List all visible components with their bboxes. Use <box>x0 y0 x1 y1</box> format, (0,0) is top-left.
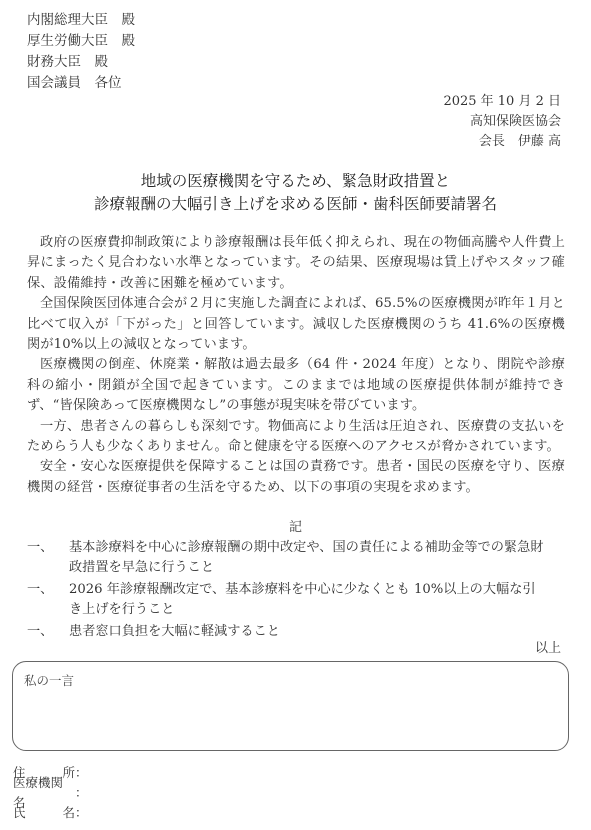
colon: ： <box>75 783 85 803</box>
item-text: 基本診療料を中心に診療報酬の期中改定や、国の責任による補助金等での緊急財政措置を… <box>69 538 567 579</box>
addressee-diet-members: 国会議員 各位 <box>27 73 135 94</box>
item-text: 患者窓口負担を大幅に軽減すること <box>69 622 567 642</box>
body-paragraph: 安全・安心な医療提供を保障することは国の責務です。患者・国民の医療を守り、医療機… <box>27 457 565 498</box>
body-paragraph: 全国保険医団体連合会が２月に実施した調査によれば、65.5%の医療機関が昨年１月… <box>27 294 565 355</box>
body-paragraph: 医療機関の倒産、休廃業・解散は過去最多（64 件・2024 年度）となり、閉院や… <box>27 355 565 416</box>
item-mark: 一、 <box>27 538 69 579</box>
addressee-health-minister: 厚生労働大臣 殿 <box>27 31 135 52</box>
label-char: 氏 <box>13 803 26 823</box>
title-line-2: 診療報酬の大幅引き上げを求める医師・歯科医師要請署名 <box>0 193 591 216</box>
signature-fields: 住 所 ： 医療機関名 ： 氏 名 ： <box>13 763 385 823</box>
addressee-prime-minister: 内閣総理大臣 殿 <box>27 10 135 31</box>
demand-list: 一、 基本診療料を中心に診療報酬の期中改定や、国の責任による補助金等での緊急財政… <box>27 538 567 643</box>
body-paragraph: 一方、患者さんの暮らしも深刻です。物価高により生活は圧迫され、医療費の支払いをた… <box>27 417 565 458</box>
institution-field[interactable]: 医療機関名 ： <box>13 783 385 803</box>
name-label: 氏 名 <box>13 803 75 823</box>
document-date: 2025 年 10 月 2 日 <box>443 92 561 112</box>
item-mark: 一、 <box>27 580 69 621</box>
document-title: 地域の医療機関を守るため、緊急財政措置と 診療報酬の大幅引き上げを求める医師・歯… <box>0 170 591 216</box>
title-line-1: 地域の医療機関を守るため、緊急財政措置と <box>0 170 591 193</box>
label-char: 名 <box>62 803 75 823</box>
demand-item: 一、 2026 年診療報酬改定で、基本診療料を中心に少なくとも 10%以上の大幅… <box>27 580 567 621</box>
address-input[interactable] <box>85 764 385 782</box>
demand-item: 一、 患者窓口負担を大幅に軽減すること <box>27 622 567 642</box>
item-text: 2026 年診療報酬改定で、基本診療料を中心に少なくとも 10%以上の大幅な引き… <box>69 580 567 621</box>
addressee-list: 内閣総理大臣 殿 厚生労働大臣 殿 財務大臣 殿 国会議員 各位 <box>27 10 135 94</box>
sender-block: 2025 年 10 月 2 日 高知保険医協会 会長 伊藤 高 <box>443 92 561 152</box>
demand-item: 一、 基本診療料を中心に診療報酬の期中改定や、国の責任による補助金等での緊急財政… <box>27 538 567 579</box>
sender-representative: 会長 伊藤 高 <box>443 132 561 152</box>
closing-mark: 以上 <box>535 640 561 658</box>
sender-organization: 高知保険医協会 <box>443 112 561 132</box>
name-input[interactable] <box>85 804 385 822</box>
name-field[interactable]: 氏 名 ： <box>13 803 385 823</box>
comment-box[interactable]: 私の一言 <box>12 661 569 751</box>
item-mark: 一、 <box>27 622 69 642</box>
addressee-finance-minister: 財務大臣 殿 <box>27 52 135 73</box>
ki-heading: 記 <box>0 518 591 538</box>
petition-body: 政府の医療費抑制政策により診療報酬は長年低く抑えられ、現在の物価高騰や人件費上昇… <box>27 233 565 498</box>
colon: ： <box>75 803 85 823</box>
body-paragraph: 政府の医療費抑制政策により診療報酬は長年低く抑えられ、現在の物価高騰や人件費上昇… <box>27 233 565 294</box>
colon: ： <box>75 763 85 783</box>
comment-label: 私の一言 <box>24 671 74 689</box>
institution-input[interactable] <box>85 784 385 802</box>
